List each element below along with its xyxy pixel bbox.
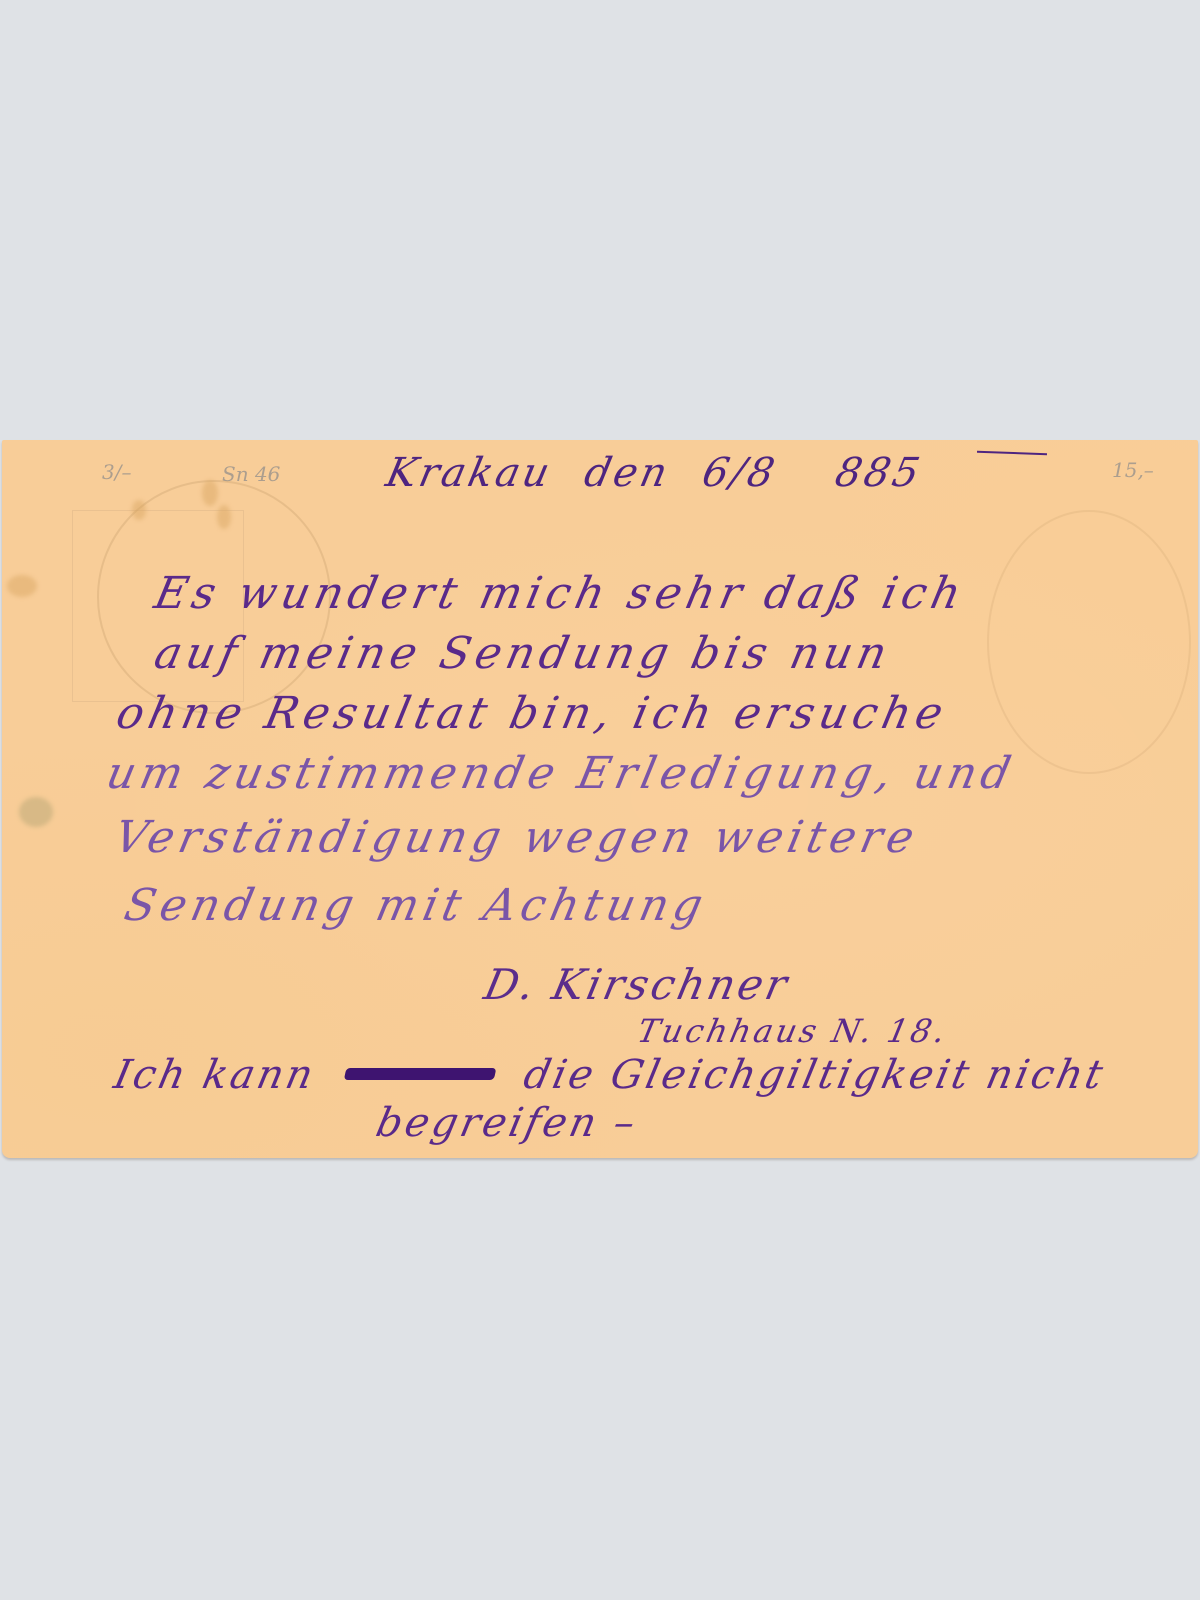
stain [132, 500, 146, 520]
pencil-note-reference: Sn 46 [222, 462, 280, 486]
body-line-5: Verständigung wegen weitere [110, 812, 924, 863]
pencil-note-top-left: 3/– [102, 460, 131, 484]
body-line-1: Es wundert mich sehr daß ich [150, 568, 970, 619]
pencil-note-price: 15,– [1112, 458, 1154, 482]
year-overline [977, 451, 1047, 455]
body-line-6: Sendung mit Achtung [120, 880, 712, 931]
header-year: 885 [831, 450, 926, 496]
postscript-line-2: begreifen – [372, 1100, 642, 1146]
page: 3/– Sn 46 15,– Krakau den 6/8 885 Es wun… [0, 0, 1200, 1600]
header-date: 6/8 [698, 450, 781, 496]
stain [19, 797, 53, 827]
postscript-start: Ich kann [110, 1052, 320, 1098]
postmark-right [987, 510, 1191, 774]
postcard: 3/– Sn 46 15,– Krakau den 6/8 885 Es wun… [2, 440, 1198, 1158]
stain [7, 575, 37, 597]
stain [217, 505, 231, 529]
struck-out-word [344, 1068, 497, 1080]
letter-header: Krakau den 6/8 885 [382, 450, 926, 496]
body-line-3: ohne Resultat bin, ich ersuche [112, 688, 952, 739]
signature: D. Kirschner [480, 960, 794, 1009]
body-line-2: auf meine Sendung bis nun [150, 628, 896, 679]
body-line-4: um zustimmende Erledigung, und [102, 748, 1020, 799]
header-date-word: den [580, 450, 674, 496]
postscript-end: die Gleichgiltigkeit nicht [520, 1052, 1110, 1098]
stain [202, 480, 218, 506]
sender-address: Tuchhaus N. 18. [634, 1012, 952, 1050]
postscript-line-1: Ich kann die Gleichgiltigkeit nicht [110, 1052, 1110, 1098]
header-place: Krakau [382, 450, 556, 496]
